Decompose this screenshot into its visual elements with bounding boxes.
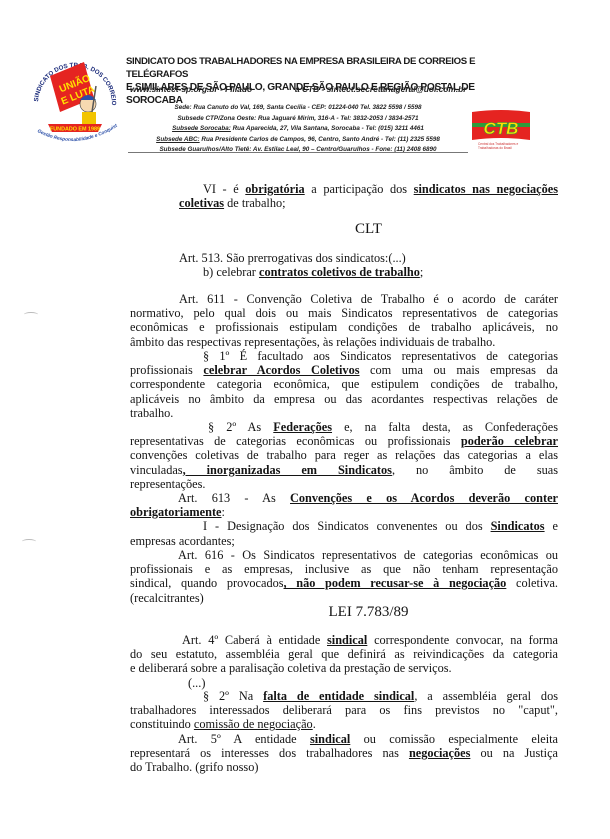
scan-mark [22, 539, 36, 544]
article-4-lei: Art. 4º Caberá à entidade sindical corre… [130, 633, 558, 690]
article-5-lei: Art. 5º A entidade sindical ou comissão … [130, 732, 558, 775]
paragraph-1-art611: § 1º É facultado aos Sindicatos represen… [130, 349, 558, 420]
scan-mark [24, 312, 38, 317]
paragraph-vi: VI - é obrigatória a participação dos si… [179, 182, 558, 210]
document-body: VI - é obrigatória a participação dos si… [0, 0, 610, 839]
heading-lei-7783: LEI 7.783/89 [179, 604, 558, 621]
paragraph-2-art611: § 2º As Federações e, na falta desta, as… [130, 420, 558, 491]
article-611: Art. 611 - Convenção Coletiva de Trabalh… [130, 292, 558, 349]
heading-clt: CLT [179, 221, 558, 238]
paragraph-2-art4: § 2º Na falta de entidade sindical, a as… [130, 689, 558, 732]
article-616: Art. 616 - Os Sindicatos representativos… [130, 548, 558, 605]
article-513: Art. 513. São prerrogativas dos sindicat… [179, 251, 558, 279]
article-613: Art. 613 - As Convenções e os Acordos de… [130, 491, 558, 548]
